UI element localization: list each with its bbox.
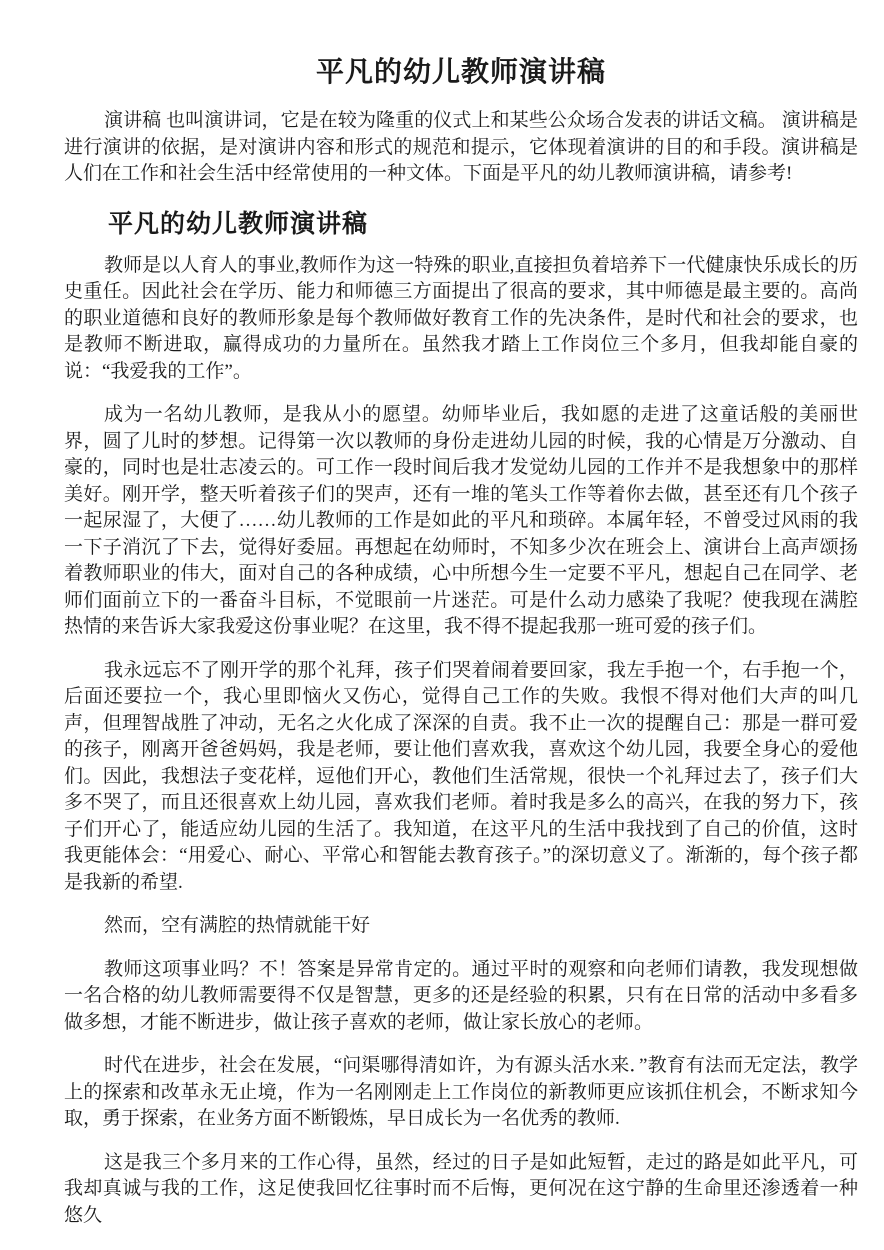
body-paragraph: 教师这项事业吗？不！答案是异常肯定的。通过平时的观察和向老师们请教，我发现想做一… (64, 957, 858, 1037)
body-paragraph: 我永远忘不了刚开学的那个礼拜，孩子们哭着闹着要回家，我左手抱一个，右手抱一个，后… (64, 658, 858, 897)
body-paragraph: 然而，空有满腔的热情就能干好 (64, 913, 858, 940)
body-paragraph: 成为一名幼儿教师，是我从小的愿望。幼师毕业后，我如愿的走进了这童话般的美丽世界，… (64, 402, 858, 641)
body-paragraph: 这是我三个多月来的工作心得，虽然，经过的日子是如此短暂，走过的路是如此平凡，可我… (64, 1150, 858, 1230)
document-page: 平凡的幼儿教师演讲稿 演讲稿 也叫演讲词，它是在较为隆重的仪式上和某些公众场合发… (0, 0, 884, 1250)
intro-paragraph: 演讲稿 也叫演讲词，它是在较为隆重的仪式上和某些公众场合发表的讲话文稿。 演讲稿… (64, 108, 858, 188)
body-paragraph: 教师是以人育人的事业,教师作为这一特殊的职业,直接担负着培养下一代健康快乐成长的… (64, 253, 858, 386)
document-title: 平凡的幼儿教师演讲稿 (64, 56, 858, 90)
section-heading: 平凡的幼儿教师演讲稿 (64, 208, 858, 241)
body-paragraph: 时代在进步，社会在发展，“问渠哪得清如许，为有源头活水来．”教育有法而无定法，教… (64, 1053, 858, 1133)
